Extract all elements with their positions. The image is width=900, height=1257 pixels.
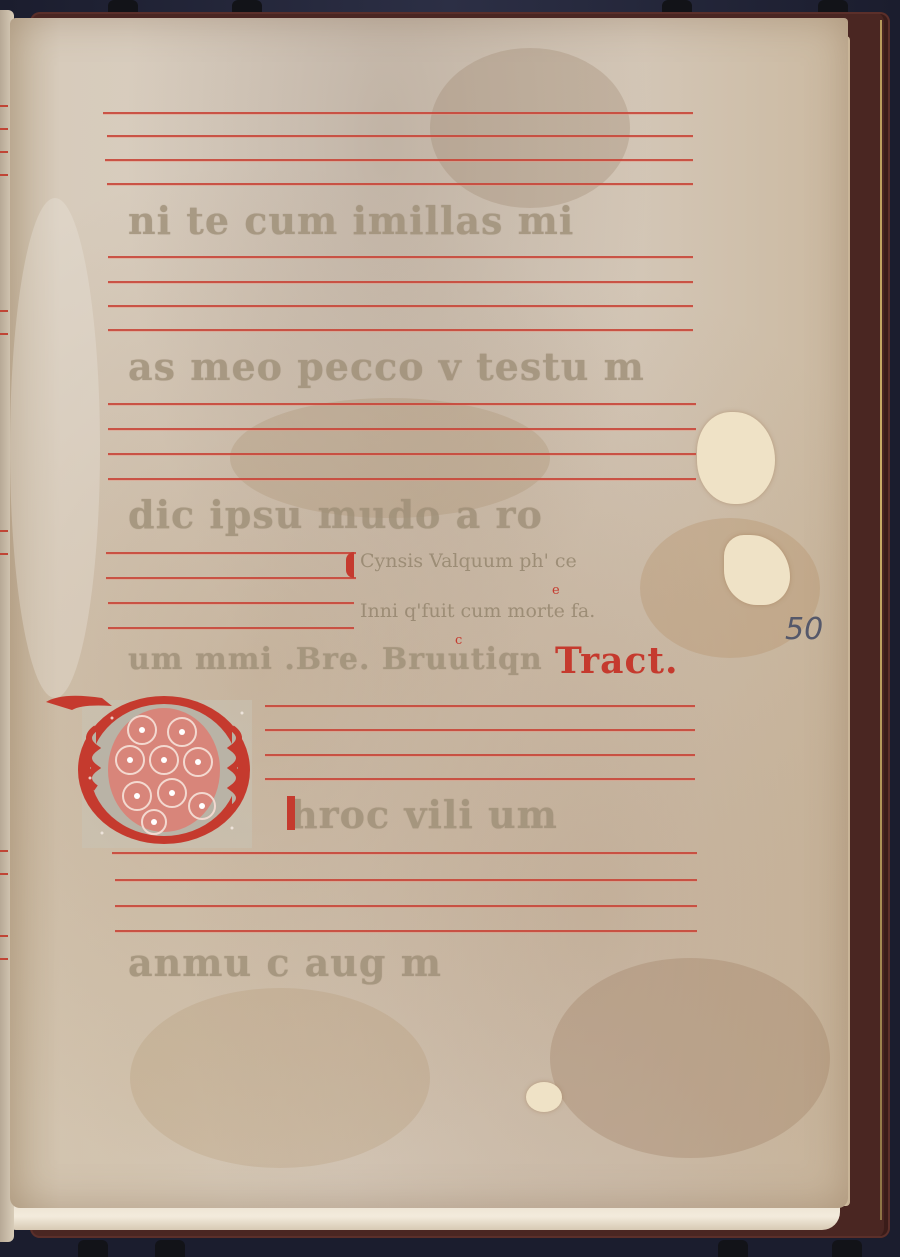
rubric-note-line-2: Inni q'fuit cum morte fa. xyxy=(360,600,595,622)
vellum-repair-patch xyxy=(697,412,775,504)
folio-number: 50 xyxy=(785,612,823,647)
chant-text-line-2: as meo pecco v testu m xyxy=(128,348,645,386)
tract-rubric-heading: Tract. xyxy=(555,640,679,682)
illuminated-initial xyxy=(42,688,258,848)
stain xyxy=(130,988,430,1168)
stain xyxy=(10,198,100,698)
chant-text-line-6: anmu c aug m xyxy=(128,944,442,982)
gilt-edge xyxy=(880,20,882,1220)
binding-clasp xyxy=(155,1240,185,1257)
chant-text-line-3: dic ipsu mudo a ro xyxy=(128,496,543,534)
superscript-mark: c xyxy=(455,633,462,648)
chant-text-line-1: ni te cum imillas mi xyxy=(128,202,574,240)
superscript-mark: e xyxy=(552,583,560,598)
rubric-initial-c xyxy=(346,552,354,578)
stain xyxy=(550,958,830,1158)
red-capital-stroke xyxy=(287,796,295,830)
chant-text-line-4: um mmi .Bre. Bruutiqn xyxy=(128,645,543,675)
rubric-note-line-1: Cynsis Valquum ph' ce xyxy=(360,550,577,572)
binding-clasp xyxy=(78,1240,108,1257)
binding-clasp xyxy=(718,1240,748,1257)
vellum-hole xyxy=(526,1082,562,1112)
chant-text-line-5: hroc vili um xyxy=(290,796,558,834)
binding-clasp xyxy=(832,1240,862,1257)
